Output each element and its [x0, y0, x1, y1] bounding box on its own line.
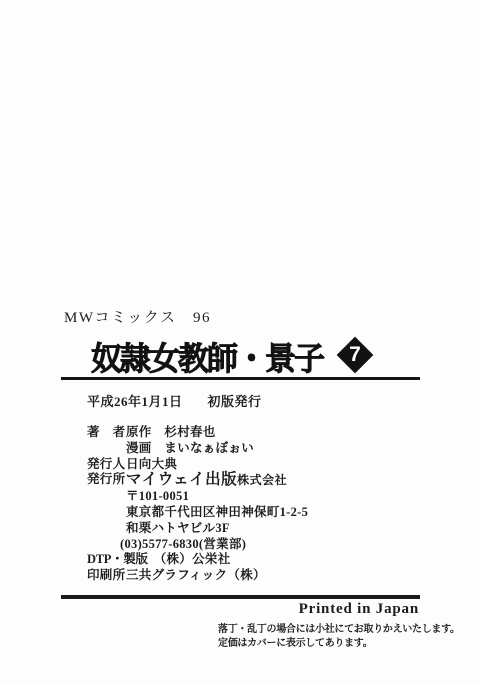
- printer-company: 三共グラフィック（株）: [126, 568, 266, 584]
- dtp-row: DTP・製版 （株）公栄社: [87, 552, 308, 568]
- author-row: 著 者 原作 杉村春也 漫画 まいなぁぼぉい: [87, 425, 308, 457]
- book-title: 奴隷女教師・景子: [91, 332, 323, 378]
- dtp-label: DTP・製版: [87, 552, 148, 568]
- edition-date: 平成26年1月1日: [87, 394, 183, 409]
- address-line-1: 東京都千代田区神田神保町1-2-5: [126, 505, 308, 521]
- defective-copy-note: 落丁・乱丁の場合には小社にてお取りかえいたします。: [218, 623, 460, 637]
- volume-number: 7: [335, 335, 375, 375]
- colophon-credits: 著 者 原作 杉村春也 漫画 まいなぁぼぉい 発行人 日向大典 発行所 マイウェ…: [87, 425, 308, 584]
- phone-number: (03)5577-6830(営業部): [120, 537, 308, 553]
- edition-line: 平成26年1月1日初版発行: [87, 391, 262, 410]
- volume-badge: 7: [335, 335, 375, 375]
- postal-code: 〒101-0051: [126, 489, 308, 505]
- author-original-work: 原作 杉村春也: [126, 425, 254, 441]
- author-manga-artist: 漫画 まいなぁぼぉい: [126, 441, 254, 457]
- address-line-2: 和栗ハトヤビル3F: [126, 521, 308, 537]
- colophon-page: MWコミックス 96 奴隷女教師・景子 7 平成26年1月1日初版発行 著 者 …: [0, 0, 480, 685]
- publishing-house-row: 発行所 マイウェイ出版株式会社 〒101-0051 東京都千代田区神田神保町1-…: [87, 472, 308, 552]
- series-label: MWコミックス 96: [64, 306, 211, 327]
- footer-divider-rule: [61, 595, 420, 599]
- publisher-person-label: 発行人: [87, 457, 126, 473]
- dtp-company: （株）公栄社: [154, 552, 231, 568]
- publishing-house-name-line: マイウェイ出版株式会社: [126, 472, 308, 489]
- price-note: 定価はカバーに表示してあります。: [218, 637, 460, 651]
- footer-notes: 落丁・乱丁の場合には小社にてお取りかえいたします。 定価はカバーに表示してありま…: [218, 623, 460, 650]
- author-values: 原作 杉村春也 漫画 まいなぁぼぉい: [126, 425, 254, 457]
- printer-label: 印刷所: [87, 568, 126, 584]
- printer-row: 印刷所 三共グラフィック（株）: [87, 568, 308, 584]
- publishing-house-label: 発行所: [87, 472, 126, 488]
- author-label: 著 者: [87, 425, 126, 441]
- title-divider-rule: [61, 377, 420, 380]
- printed-in-japan: Printed in Japan: [299, 601, 419, 618]
- title-row: 奴隷女教師・景子 7: [91, 334, 375, 376]
- publishing-house-suffix: 株式会社: [237, 473, 287, 487]
- publishing-house-values: マイウェイ出版株式会社 〒101-0051 東京都千代田区神田神保町1-2-5 …: [126, 472, 308, 552]
- publishing-house-name: マイウェイ出版: [126, 471, 237, 488]
- edition-label: 初版発行: [208, 394, 262, 409]
